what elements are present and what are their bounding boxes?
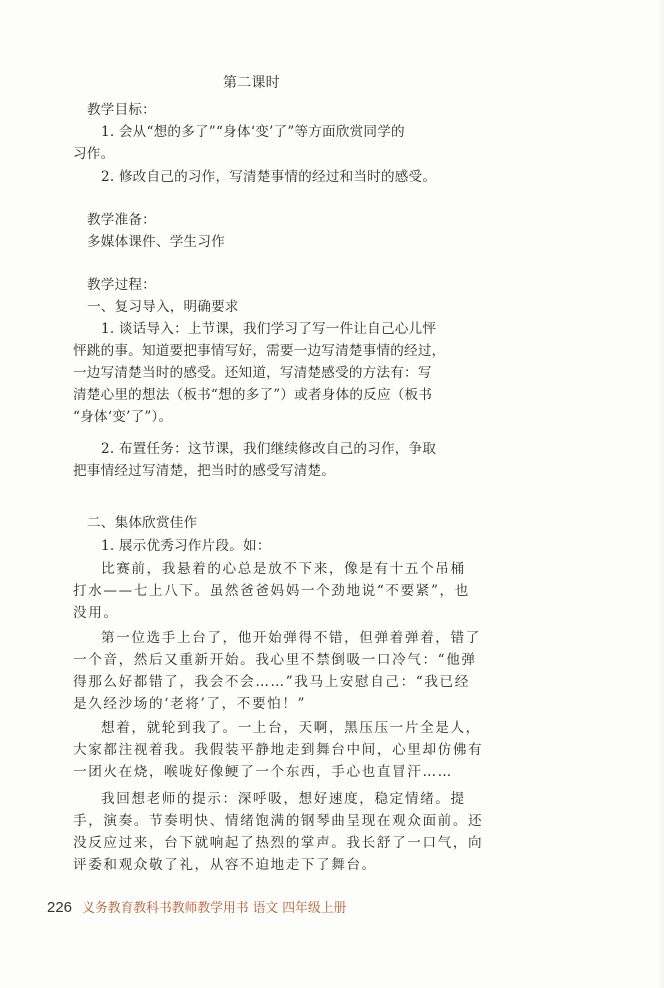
book-title: 义务教育教科书教师教学用书 语文 四年级上册 [82, 901, 346, 916]
excerpt-line: 大家都注视着我。我假装平静地走到舞台中间，心里却仿佛有 [73, 741, 483, 759]
goal-line: 2. 修改自己的习作，写清楚事情的经过和当时的感受。 [101, 168, 436, 186]
section1-line: 清楚心里的想法（板书“想的多了”）或者身体的反应（板书 [73, 386, 432, 404]
lesson-title: 第二课时 [223, 74, 280, 92]
excerpt-line: 想着，就轮到我了。一上台，天啊，黑压压一片全是人， [101, 719, 481, 737]
process-heading: 教学过程： [87, 276, 156, 294]
section1-line: 怦跳的事。知道要把事情写好，需要一边写清楚事情的经过， [73, 342, 445, 360]
excerpt-line: 没用。 [73, 604, 119, 622]
page-footer: 226 义务教育教科书教师教学用书 语文 四年级上册 [47, 897, 346, 916]
excerpt-line: 评委和观众敬了礼，从容不迫地走下了舞台。 [73, 856, 377, 874]
page-number: 226 [47, 899, 72, 916]
goals-heading: 教学目标： [87, 101, 156, 119]
goal-line: 习作。 [73, 145, 114, 163]
section1-line: 1. 谈话导入：上节课，我们学习了写一件让自己心儿怦 [101, 320, 436, 338]
goal-line: 1. 会从“想的多了”“身体‘变’了”等方面欣赏同学的 [101, 123, 405, 141]
prep-heading: 教学准备： [87, 211, 156, 229]
excerpt-line: 比赛前，我悬着的心总是放不下来，像是有十五个吊桶 [101, 560, 466, 578]
section2-intro: 1. 展示优秀习作片段。如： [101, 537, 271, 555]
section1-line: 2. 布置任务：这节课，我们继续修改自己的习作，争取 [101, 440, 436, 458]
excerpt-line: 第一位选手上台了，他开始弹得不错，但弹着弹着，错了 [101, 629, 481, 647]
excerpt-line: 是久经沙场的‘老将’了，不要怕！” [73, 695, 306, 713]
section1-heading: 一、复习导入，明确要求 [87, 298, 239, 316]
page-edge-shadow [658, 0, 664, 988]
section1-line: 一边写清楚当时的感受。还知道，写清楚感受的方法有：写 [73, 364, 432, 382]
excerpt-line: 一个音，然后又重新开始。我心里不禁倒吸一口冷气：“他弹 [73, 651, 477, 669]
excerpt-line: 没反应过来，台下就响起了热烈的掌声。我长舒了一口气，向 [73, 834, 483, 852]
document-page: 第二课时 教学目标： 1. 会从“想的多了”“身体‘变’了”等方面欣赏同学的 习… [0, 0, 664, 988]
excerpt-line: 打水——七上八下。虽然爸爸妈妈一个劲地说“不要紧”，也 [73, 582, 470, 600]
section1-line: 把事情经过写清楚，把当时的感受写清楚。 [73, 462, 335, 480]
excerpt-line: 手，演奏。节奏明快、情绪饱满的钢琴曲呈现在观众面前。还 [73, 812, 483, 830]
excerpt-line: 一团火在烧，喉咙好像鲠了一个东西，手心也直冒汗…… [73, 763, 453, 781]
prep-text: 多媒体课件、学生习作 [87, 233, 225, 251]
section1-line: “身体‘变’了”）。 [73, 408, 172, 426]
excerpt-line: 得那么好都错了，我会不会……”我马上安慰自己：“我已经 [73, 673, 470, 691]
section2-heading: 二、集体欣赏佳作 [87, 514, 197, 532]
excerpt-line: 我回想老师的提示：深呼吸，想好速度，稳定情绪。提 [101, 790, 466, 808]
